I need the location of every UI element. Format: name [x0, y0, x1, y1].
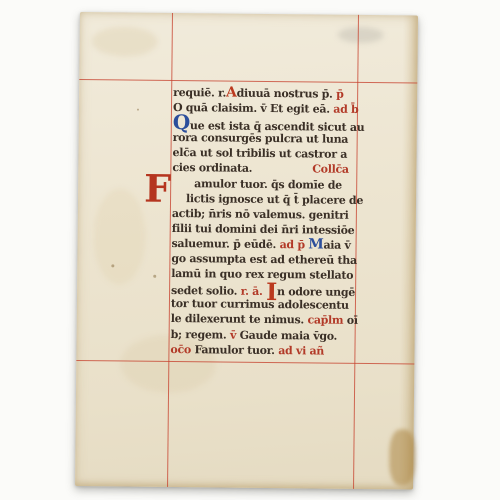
ink-speck [111, 264, 114, 267]
text-segment: Gaude maia v̄go. [240, 328, 338, 342]
text-segment: requiē. r. [173, 86, 226, 100]
right-edge-discoloration [398, 15, 418, 489]
gap-segment [252, 172, 312, 173]
init-red-segment: A [226, 85, 237, 101]
init-red-tall-segment: I [266, 287, 277, 297]
text-segment: Famulor tuor. [194, 343, 278, 357]
text-segment: diuuā nostrus p̄. [237, 87, 337, 101]
init-red-big-segment: F [144, 169, 171, 207]
text-segment: lamū in quo rex regum stellato [171, 267, 353, 282]
rubric-segment: ad vi añ [278, 344, 324, 357]
rubric-segment: cap̄lm [307, 314, 343, 327]
ruling-line-top [79, 79, 417, 84]
text-segment: cies ordinata. [172, 161, 252, 175]
ruling-line-bottom [76, 360, 414, 365]
text-segment: lictis ignosce ut q̄ t̄ placere de [186, 192, 363, 207]
ink-speck [137, 109, 139, 111]
text-segment: filii tui domini dei n̄ri intessiōe [172, 222, 355, 237]
ink-speck [153, 275, 156, 278]
text-segment: tor tuor currimus adolescentu [171, 297, 349, 312]
rubric-segment: ad p̄ [280, 238, 309, 251]
rubric-segment: oc̄o [170, 343, 194, 356]
text-segment: rora consurgēs pulcra ut luna [173, 131, 349, 146]
text-block: requiē. r.Adiuuā nostrus p̄. p̄O quā cla… [170, 85, 359, 359]
text-segment: amulor tuor. q̄s domīe de [194, 177, 342, 192]
rubric-segment: v̄ [230, 328, 240, 341]
text-line: oc̄o Famulor tuor. ad vi añ [170, 342, 356, 359]
parchment-stain [93, 188, 146, 285]
text-segment: b; regem. [171, 327, 231, 341]
parchment-stain [92, 26, 158, 57]
rubric-segment: ad b̄ [333, 103, 358, 116]
text-segment: le dilexerunt te nimus. [171, 312, 308, 326]
fold-stain [389, 429, 416, 485]
text-segment: aia v̄ [323, 239, 350, 252]
init-blue-sm-segment: M [308, 236, 323, 252]
text-segment: actib; n̄ris nō valemus. genitri [172, 207, 349, 222]
rubric-segment: Collc̄a [312, 163, 349, 176]
text-segment: oī [343, 314, 358, 327]
text-segment: elc̄a ut sol tribilis ut castror a [172, 146, 347, 161]
rubric-segment: p̄ [336, 88, 344, 101]
faint-smudge [338, 27, 384, 43]
text-segment: O quā claisim. v̄ Et egit eā. [173, 101, 333, 116]
text-segment: saluemur. p̄ eūdē. [172, 237, 280, 251]
text-segment: go assumpta est ad ethereū tha [171, 252, 357, 267]
manuscript-leaf: requiē. r.Adiuuā nostrus p̄. p̄O quā cla… [75, 12, 418, 490]
